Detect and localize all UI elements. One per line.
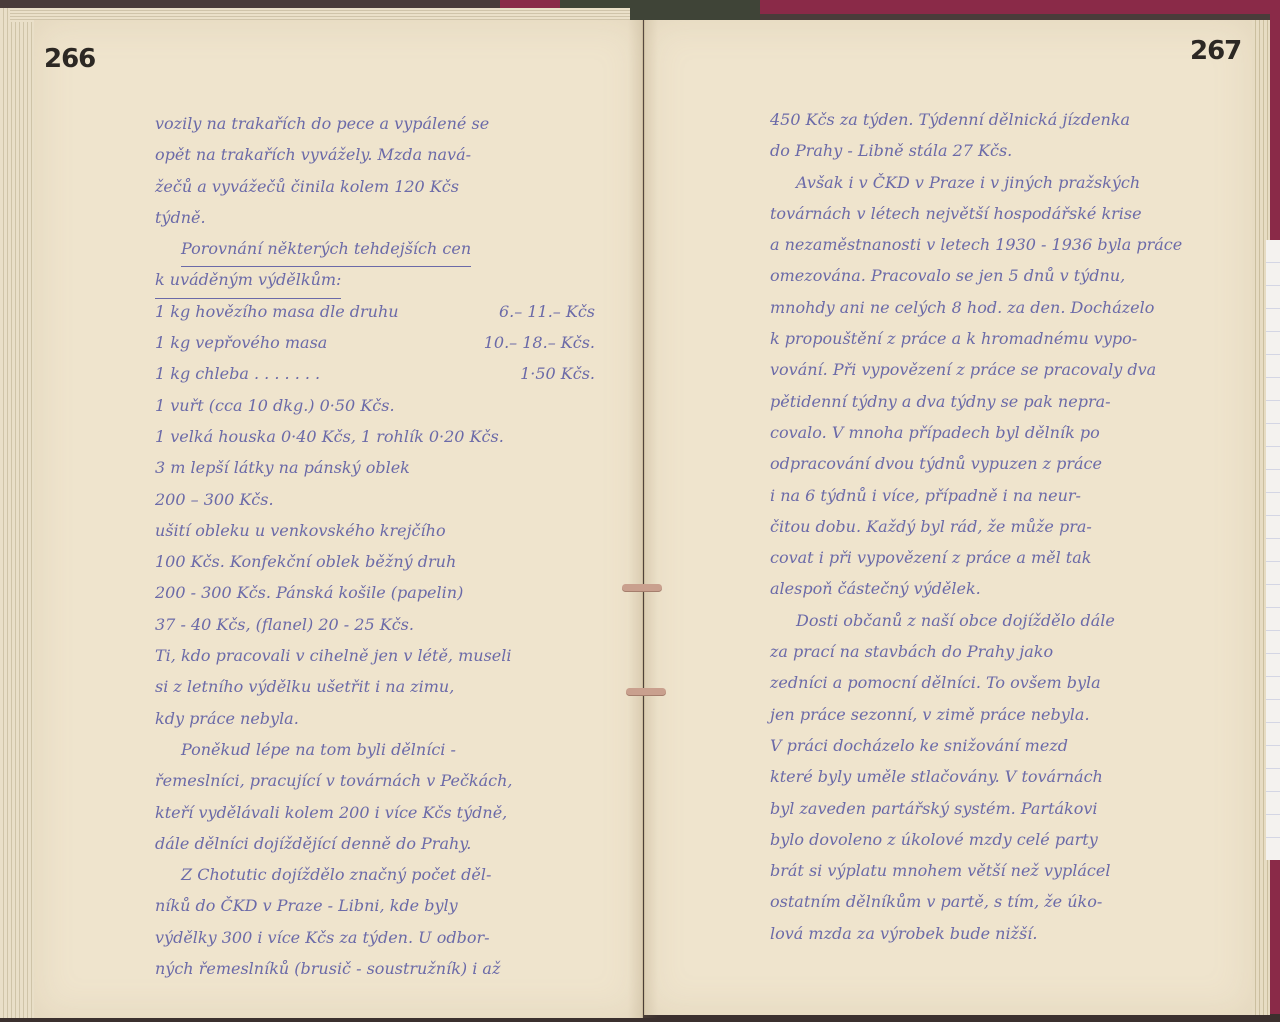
text-line: byl zaveden partářský systém. Partákovi: [770, 793, 1182, 824]
text-line: k propouštění z práce a k hromadnému vyp…: [770, 323, 1182, 354]
text-line: kdy práce nebyla.: [155, 703, 595, 734]
text-line: pětidenní týdny a dva týdny se pak nepra…: [770, 386, 1182, 417]
text-line: výdělky 300 i více Kčs za týden. U odbor…: [155, 922, 595, 953]
section-heading: k uváděným výdělkům:: [155, 264, 595, 295]
text-line: ných řemeslníků (brusič - soustružník) i…: [155, 953, 595, 984]
loose-lined-sheet: [1266, 240, 1280, 860]
page-number-left: 266: [44, 44, 95, 74]
text-line: omezována. Pracovalo se jen 5 dnů v týdn…: [770, 260, 1182, 291]
text-line: 100 Kčs. Konfekční oblek běžný druh: [155, 546, 595, 577]
text-line: do Prahy - Libně stála 27 Kčs.: [770, 135, 1182, 166]
binding-stitch: [622, 584, 662, 591]
text-line: V práci docházelo ke snižování mezd: [770, 730, 1182, 761]
price-row: 1 kg hovězího masa dle druhu 6.– 11.– Kč…: [155, 296, 595, 327]
text-line: vozily na trakařích do pece a vypálené s…: [155, 108, 595, 139]
text-line: dále dělníci dojíždějící denně do Prahy.: [155, 828, 595, 859]
left-page-text: vozily na trakařích do pece a vypálené s…: [155, 108, 595, 984]
text-line: covalo. V mnoha případech byl dělník po: [770, 417, 1182, 448]
text-line: Z Chotutic dojíždělo značný počet děl-: [155, 859, 595, 890]
text-line: lová mzda za výrobek bude nižší.: [770, 918, 1182, 949]
price-item: 1 kg vepřového masa: [155, 327, 425, 358]
text-line: ušití obleku u venkovského krejčího: [155, 515, 595, 546]
price-item: 1 kg hovězího masa dle druhu: [155, 296, 425, 327]
gutter: [628, 20, 658, 1018]
right-page-text: 450 Kčs za týden. Týdenní dělnická jízde…: [770, 104, 1182, 949]
text-line: zedníci a pomocní dělníci. To ovšem byla: [770, 667, 1182, 698]
page-number-right: 267: [1190, 36, 1241, 66]
price-row: 1 kg vepřového masa 10.– 18.– Kčs.: [155, 327, 595, 358]
text-line: Dosti občanů z naší obce dojíždělo dále: [770, 605, 1182, 636]
text-line: Ti, kdo pracovali v cihelně jen v létě, …: [155, 640, 595, 671]
text-line: 3 m lepší látky na pánský oblek: [155, 452, 595, 483]
text-line: 1 vuřt (cca 10 dkg.) 0·50 Kčs.: [155, 390, 595, 421]
text-line: opět na trakařích vyvážely. Mzda navá-: [155, 139, 595, 170]
text-line: covat i při vypovězení z práce a měl tak: [770, 542, 1182, 573]
text-line: si z letního výdělku ušetřit i na zimu,: [155, 671, 595, 702]
text-line: brát si výplatu mnohem větší než vypláce…: [770, 855, 1182, 886]
text-line: vování. Při vypovězení z práce se pracov…: [770, 354, 1182, 385]
text-line: žečů a vyvážečů činila kolem 120 Kčs: [155, 171, 595, 202]
text-line: 200 - 300 Kčs. Pánská košile (papelin): [155, 577, 595, 608]
text-line: továrnách v létech největší hospodářské …: [770, 198, 1182, 229]
text-line: které byly uměle stlačovány. V továrnách: [770, 761, 1182, 792]
text-line: alespoň částečný výdělek.: [770, 573, 1182, 604]
text-line: týdně.: [155, 202, 595, 233]
text-line: 450 Kčs za týden. Týdenní dělnická jízde…: [770, 104, 1182, 135]
text-line: 37 - 40 Kčs, (flanel) 20 - 25 Kčs.: [155, 609, 595, 640]
section-heading: Porovnání některých tehdejších cen: [155, 233, 595, 264]
text-line: a nezaměstnanosti v letech 1930 - 1936 b…: [770, 229, 1182, 260]
price-item: 1 kg chleba . . . . . . .: [155, 358, 425, 389]
price-row: 1 kg chleba . . . . . . . 1·50 Kčs.: [155, 358, 595, 389]
text-line: níků do ČKD v Praze - Libni, kde byly: [155, 890, 595, 921]
text-line: odpracování dvou týdnů vypuzen z práce: [770, 448, 1182, 479]
price-value: 1·50 Kčs.: [425, 358, 595, 389]
binding-stitch: [626, 688, 666, 695]
text-line: mnohdy ani ne celých 8 hod. za den. Doch…: [770, 292, 1182, 323]
text-line: jen práce sezonní, v zimě práce nebyla.: [770, 699, 1182, 730]
price-value: 6.– 11.– Kčs: [425, 296, 595, 327]
text-line: ostatním dělníkům v partě, s tím, že úko…: [770, 886, 1182, 917]
text-line: 200 – 300 Kčs.: [155, 484, 595, 515]
price-value: 10.– 18.– Kčs.: [425, 327, 595, 358]
text-line: Avšak i v ČKD v Praze i v jiných pražský…: [770, 167, 1182, 198]
text-line: čitou dobu. Každý byl rád, že může pra-: [770, 511, 1182, 542]
text-line: i na 6 týdnů i více, případně i na neur-: [770, 480, 1182, 511]
text-line: za prací na stavbách do Prahy jako: [770, 636, 1182, 667]
text-line: bylo dovoleno z úkolové mzdy celé party: [770, 824, 1182, 855]
text-line: 1 velká houska 0·40 Kčs, 1 rohlík 0·20 K…: [155, 421, 595, 452]
text-line: Poněkud lépe na tom byli dělníci -: [155, 734, 595, 765]
text-line: kteří vydělávali kolem 200 i více Kčs tý…: [155, 797, 595, 828]
text-line: řemeslníci, pracující v továrnách v Pečk…: [155, 765, 595, 796]
